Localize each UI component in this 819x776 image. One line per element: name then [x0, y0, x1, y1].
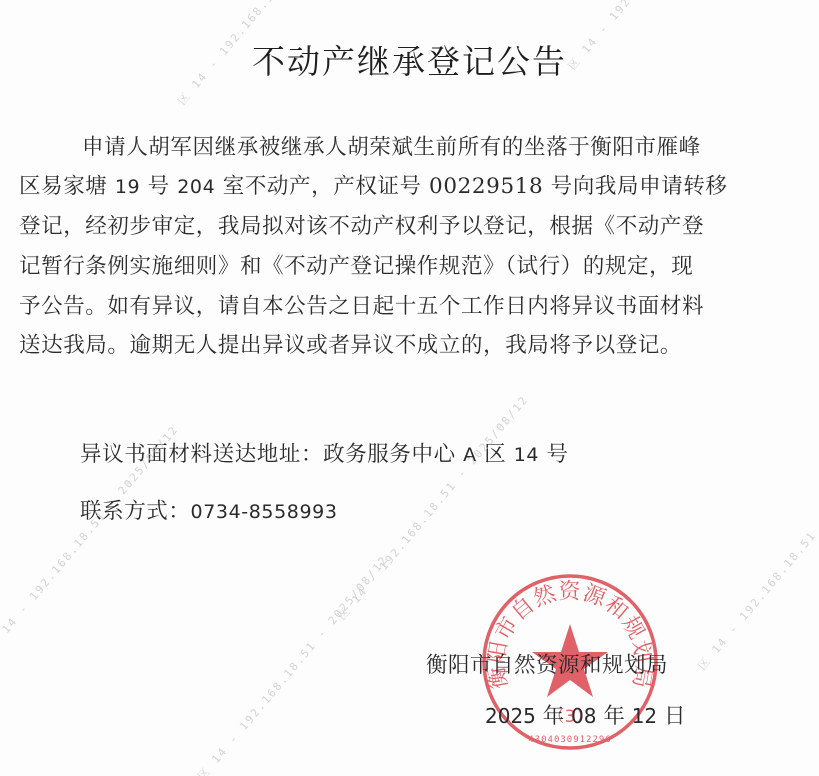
date-day: 12 [632, 704, 657, 728]
body-text: 室不动产，产权证号 00229518 号向我局申请转移 [215, 174, 727, 199]
body-line: 申请人胡军因继承被继承人胡荣斌生前所有的坐落于衡阳市雁峰 [82, 130, 701, 161]
body-text: 号 [140, 174, 177, 199]
body-line: 送达我局。逾期无人提出异议或者异议不成立的，我局将予以登记。 [19, 328, 682, 359]
body-line: 登记，经初步审定，我局拟对该不动产权利予以登记，根据《不动产登 [19, 209, 704, 240]
contact-phone: 0734-8558993 [191, 501, 338, 523]
address-number: 14 [514, 444, 539, 466]
body-line: 予公告。如有异议，请自本公告之日起十五个工作日内将异议书面材料 [19, 289, 704, 320]
announcement-page: 区 14 - 192.168.18.51 - 2025/08/12 区 14 -… [0, 0, 819, 776]
address-label: 异议书面材料送达地址： [80, 442, 323, 467]
body-line: 区易家塘 19 号 204 室不动产，产权证号 00229518 号向我局申请转… [19, 169, 728, 200]
issuing-authority: 衡阳市自然资源和规划局 [426, 648, 668, 679]
svg-text:4304030912296: 4304030912296 [528, 735, 611, 745]
date-year: 2025 [485, 704, 536, 728]
date-month-char: 年 [597, 704, 632, 729]
watermark: 区 14 - 192.168.18.51 - 2025/08/12 [694, 442, 819, 674]
date-month: 08 [571, 704, 596, 728]
room-number: 204 [177, 176, 215, 198]
address-suffix: 号 [539, 442, 569, 467]
announcement-title: 不动产继承登记公告 [0, 36, 819, 83]
watermark: 区 14 - 192.168.18.51 - 2025/08/12 [194, 552, 392, 776]
date-year-char: 年 [536, 704, 571, 729]
date-day-char: 日 [657, 704, 685, 729]
address-value: 政务服务中心 [323, 442, 463, 467]
issue-date: 2025 年 08 年 12 日 [485, 699, 686, 730]
body-text: 区易家塘 [19, 174, 107, 199]
body-line: 记暂行条例实施细则》和《不动产登记操作规范》（试行）的规定，现 [19, 249, 693, 280]
house-number: 19 [115, 176, 140, 198]
